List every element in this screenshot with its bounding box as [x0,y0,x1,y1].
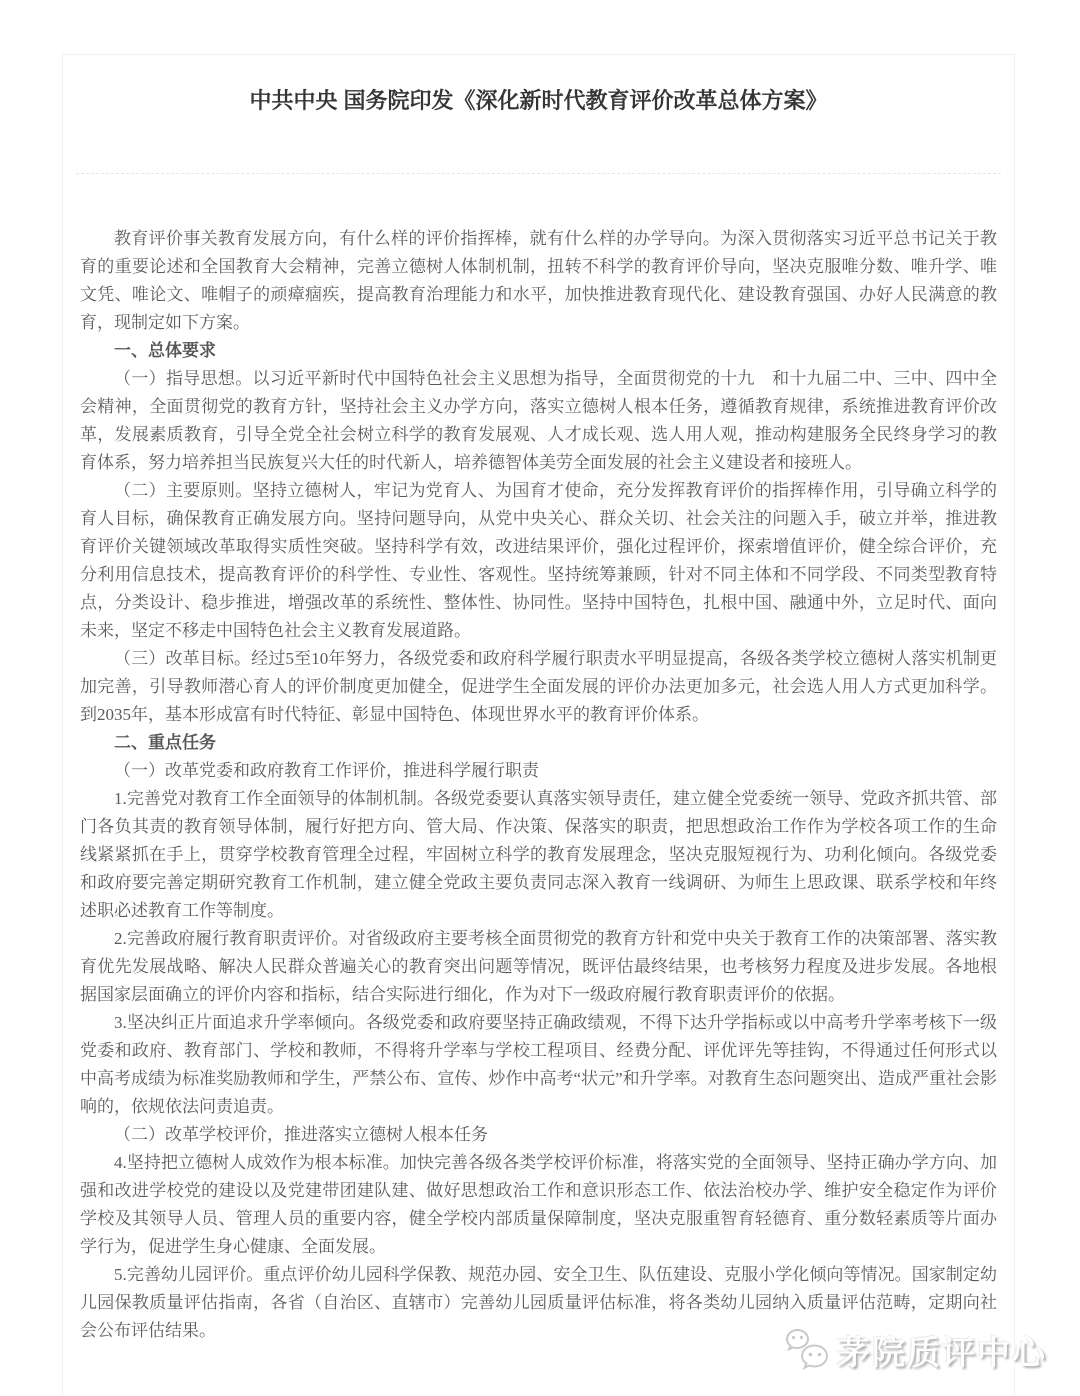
title-divider [76,173,1001,174]
paragraph-guiding-ideology: （一）指导思想。以习近平新时代中国特色社会主义思想为指导，全面贯彻党的十九 和十… [80,365,997,477]
page-title: 中共中央 国务院印发《深化新时代教育评价改革总体方案》 [103,85,974,117]
paragraph-item-2: 2.完善政府履行教育职责评价。对省级政府主要考核全面贯彻党的教育方针和党中央关于… [80,925,997,1009]
watermark-label: 茅院质评中心 [837,1327,1047,1374]
paragraph-item-1: 1.完善党对教育工作全面领导的体制机制。各级党委要认真落实领导责任，建立健全党委… [80,785,997,925]
paragraph-intro: 教育评价事关教育发展方向，有什么样的评价指挥棒，就有什么样的办学导向。为深入贯彻… [80,225,997,337]
section-heading-key-tasks: 二、重点任务 [80,729,997,757]
wechat-icon [783,1329,831,1373]
section-heading-general-requirements: 一、总体要求 [80,337,997,365]
wechat-watermark: 茅院质评中心 [783,1327,1047,1374]
subsection-heading-school-evaluation: （二）改革学校评价，推进落实立德树人根本任务 [80,1121,997,1149]
paragraph-main-principles: （二）主要原则。坚持立德树人，牢记为党育人、为国育才使命，充分发挥教育评价的指挥… [80,477,997,645]
paragraph-item-4: 4.坚持把立德树人成效作为根本标准。加快完善各级各类学校评价标准，将落实党的全面… [80,1149,997,1261]
article-card: 中共中央 国务院印发《深化新时代教育评价改革总体方案》 教育评价事关教育发展方向… [62,54,1015,1396]
subsection-heading-party-government-evaluation: （一）改革党委和政府教育工作评价，推进科学履行职责 [80,757,997,785]
paragraph-reform-goals: （三）改革目标。经过5至10年努力，各级党委和政府科学履行职责水平明显提高，各级… [80,645,997,729]
document-body: 教育评价事关教育发展方向，有什么样的评价指挥棒，就有什么样的办学导向。为深入贯彻… [80,225,997,1345]
paragraph-item-3: 3.坚决纠正片面追求升学率倾向。各级党委和政府要坚持正确政绩观，不得下达升学指标… [80,1009,997,1121]
